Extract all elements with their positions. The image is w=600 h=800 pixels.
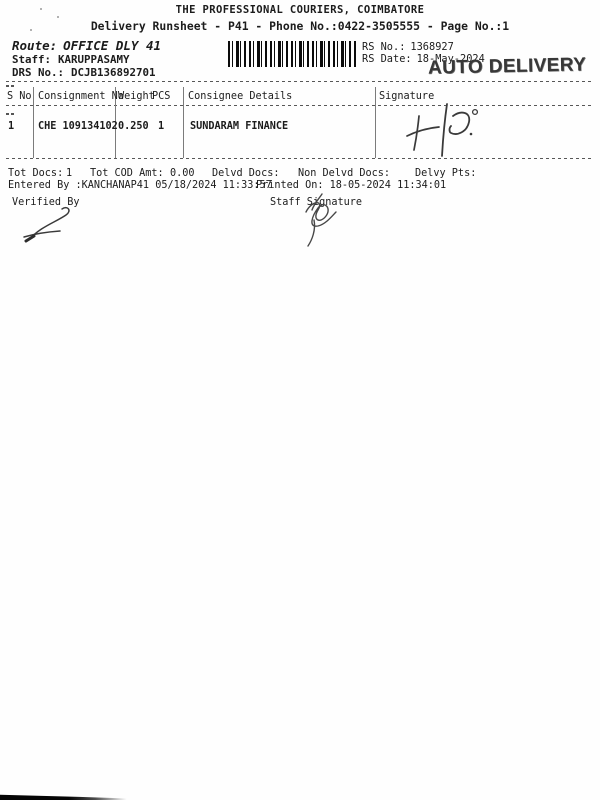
dash-artifact [6,85,14,87]
header-separator [6,81,592,82]
rs-number-line: RS No.:1368927 [362,41,454,53]
page-subtitle: Delivery Runsheet - P41 - Phone No.:0422… [0,19,600,33]
staff-line: Staff:KARUPPASAMY [12,53,130,66]
drs-number-label: DRS No.: [12,66,64,79]
drs-line: DRS No.:DCJB136892701 [12,66,156,79]
route-label: Route: [12,38,57,53]
page-title: THE PROFESSIONAL COURIERS, COIMBATORE [0,4,600,16]
rs-date-label: RS Date: [362,53,412,65]
row-cell-pcs: 1 [158,121,164,132]
delvy-pts-label: Delvy Pts: [415,168,476,179]
non-delvd-docs-label: Non Delvd Docs: [298,168,390,179]
entered-by-text: Entered By :KANCHANAP41 05/18/2024 11:33… [8,180,272,191]
row-cell-weight: 0.250 [118,121,149,132]
column-divider [375,87,376,158]
table-bottom-separator [6,158,592,159]
rs-number-label: RS No.: [362,41,405,53]
drs-number-value: DCJB136892701 [71,66,156,79]
verified-by-signature-scribble [14,203,84,248]
route-line: Route:OFFICE DLY 41 [12,38,161,53]
row-cell-consignee: SUNDARAM FINANCE [190,121,288,132]
staff-value: KARUPPASAMY [58,53,130,66]
recipient-signature-scribble [395,100,495,158]
scan-speck [57,16,59,18]
column-divider [183,87,184,158]
tot-docs-value: 1 [66,168,72,179]
scan-edge-artifact [0,793,132,800]
dash-artifact [6,113,14,115]
table-header-separator [6,105,592,106]
delvd-docs-label: Delvd Docs: [212,168,279,179]
staff-signature-scribble [278,190,358,250]
tot-cod-amt-value: 0.00 [170,168,195,179]
col-header-consignment: Consignment No [38,91,124,102]
staff-label: Staff: [12,53,51,66]
rs-number-value: 1368927 [410,41,453,53]
col-header-pcs: PCS [152,91,170,102]
route-value: OFFICE DLY 41 [63,38,161,53]
column-divider [33,87,34,158]
col-header-consignee: Consignee Details [188,91,292,102]
tot-cod-amt-label: Tot COD Amt: [90,168,164,179]
row-cell-sno: 1 [8,121,14,132]
delivery-runsheet-page: THE PROFESSIONAL COURIERS, COIMBATORE De… [0,0,600,800]
barcode-icon [228,41,356,67]
tot-docs-label: Tot Docs: [8,168,63,179]
auto-delivery-stamp: AUTO DELIVERY [428,54,587,79]
col-header-weight: Weight [118,91,155,102]
row-cell-consignment: CHE 109134102 [38,121,118,132]
col-header-sno: S No [7,91,32,102]
